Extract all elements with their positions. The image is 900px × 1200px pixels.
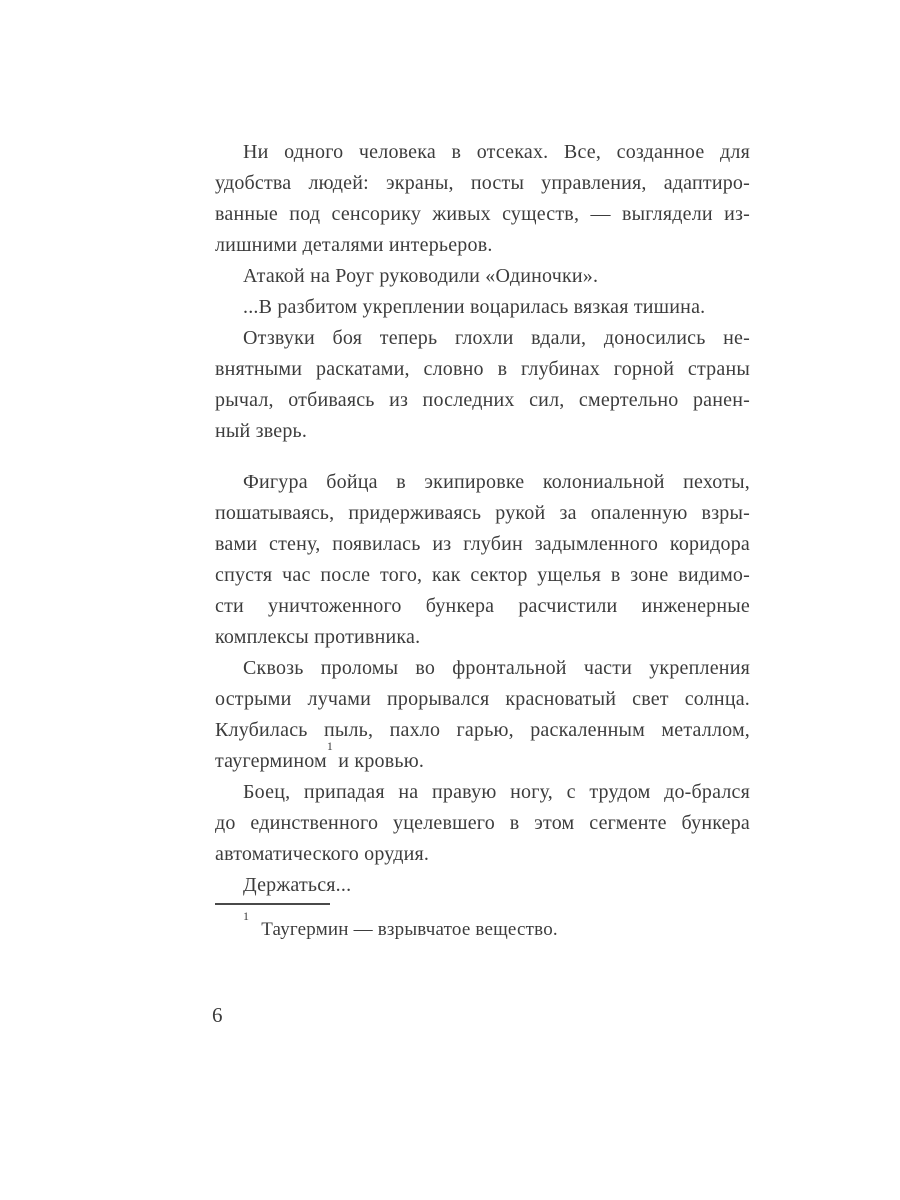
text-line: автоматического орудия. [215, 839, 750, 870]
text-line: ванные под сенсорику живых существ, — вы… [215, 199, 750, 230]
paragraph: Держаться... [215, 870, 750, 901]
text-line: Сквозь проломы во фронтальной части укре… [215, 653, 750, 684]
text-line: комплексы противника. [215, 622, 750, 653]
text-line: таугермином1 и кровью. [215, 746, 750, 777]
page-number: 6 [212, 1003, 223, 1027]
paragraph: Боец, припадая на правую ногу, с трудом … [215, 777, 750, 870]
text-line: Ни одного человека в отсеках. Все, созда… [215, 137, 750, 168]
text-line: внятными раскатами, словно в глубинах го… [215, 354, 750, 385]
paragraph: ...В разбитом укреплении воцарилась вязк… [215, 292, 750, 323]
text-line: спустя час после того, как сектор ущелья… [215, 560, 750, 591]
paragraph: Атакой на Роуг руководили «Одиночки». [215, 261, 750, 292]
paragraph: Ни одного человека в отсеках. Все, созда… [215, 137, 750, 261]
footnote-marker: 1 [243, 909, 249, 923]
text-fragment: таугермином [215, 750, 327, 772]
paragraph: Фигура бойца в экипировке колониальной п… [215, 467, 750, 653]
text-line: Отзвуки боя теперь глохли вдали, доносил… [215, 323, 750, 354]
text-line: удобства людей: экраны, посты управления… [215, 168, 750, 199]
text-line: пошатываясь, придерживаясь рукой за опал… [215, 498, 750, 529]
text-line: Фигура бойца в экипировке колониальной п… [215, 467, 750, 498]
paragraph: Сквозь проломы во фронтальной части укре… [215, 653, 750, 777]
text-line: Клубилась пыль, пахло гарью, раскаленным… [215, 715, 750, 746]
footnote-separator [215, 903, 330, 905]
footnote-text-line: 1Таугермин — взрывчатое вещество. [215, 915, 750, 945]
text-line: сти уничтоженного бункера расчистили инж… [215, 591, 750, 622]
text-line: до единственного уцелевшего в этом сегме… [215, 808, 750, 839]
page-text: Ни одного человека в отсеках. Все, созда… [215, 137, 750, 945]
text-line: Боец, припадая на правую ногу, с трудом … [215, 777, 750, 808]
text-fragment: и кровью. [333, 750, 424, 772]
text-line: рычал, отбиваясь из последних сил, смерт… [215, 385, 750, 416]
text-line: ный зверь. [215, 416, 750, 447]
footnote: 1Таугермин — взрывчатое вещество. [215, 903, 750, 945]
text-line: Держаться... [215, 870, 750, 901]
footnote-text: Таугермин — взрывчатое вещество. [261, 919, 558, 940]
footnote-reference: 1 [327, 739, 333, 753]
text-line: острыми лучами прорывался красноватый св… [215, 684, 750, 715]
text-line: ...В разбитом укреплении воцарилась вязк… [215, 292, 750, 323]
text-line: Атакой на Роуг руководили «Одиночки». [215, 261, 750, 292]
text-line: вами стену, появилась из глубин задымлен… [215, 529, 750, 560]
paragraph: Отзвуки боя теперь глохли вдали, доносил… [215, 323, 750, 447]
text-line: лишними деталями интерьеров. [215, 230, 750, 261]
